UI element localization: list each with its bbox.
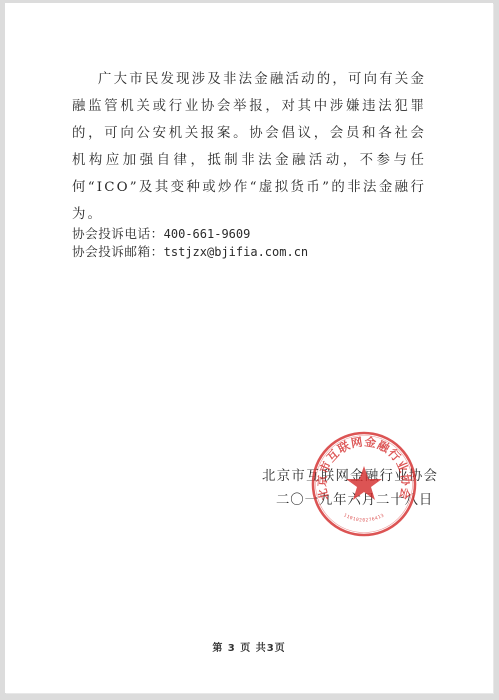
contact-phone-value: 400-661-9609	[164, 227, 251, 241]
contact-phone: 协会投诉电话：400-661-9609	[72, 225, 250, 243]
document-page: 广大市民发现涉及非法金融活动的，可向有关金融监管机关或行业协会举报，对其中涉嫌违…	[5, 3, 493, 693]
body-paragraph: 广大市民发现涉及非法金融活动的，可向有关金融监管机关或行业协会举报，对其中涉嫌违…	[72, 66, 426, 228]
contact-email: 协会投诉邮箱：tstjzx@bjifia.com.cn	[72, 243, 308, 261]
contact-email-label: 协会投诉邮箱：	[72, 244, 164, 259]
contact-email-value: tstjzx@bjifia.com.cn	[164, 245, 309, 259]
contact-phone-label: 协会投诉电话：	[72, 226, 164, 241]
page-number-footer: 第 3 页 共3页	[5, 639, 493, 654]
svg-text:1101020276413: 1101020276413	[342, 512, 385, 523]
official-seal-stamp-icon: 北京市互联网金融行业协会 1101020276413	[310, 430, 418, 538]
